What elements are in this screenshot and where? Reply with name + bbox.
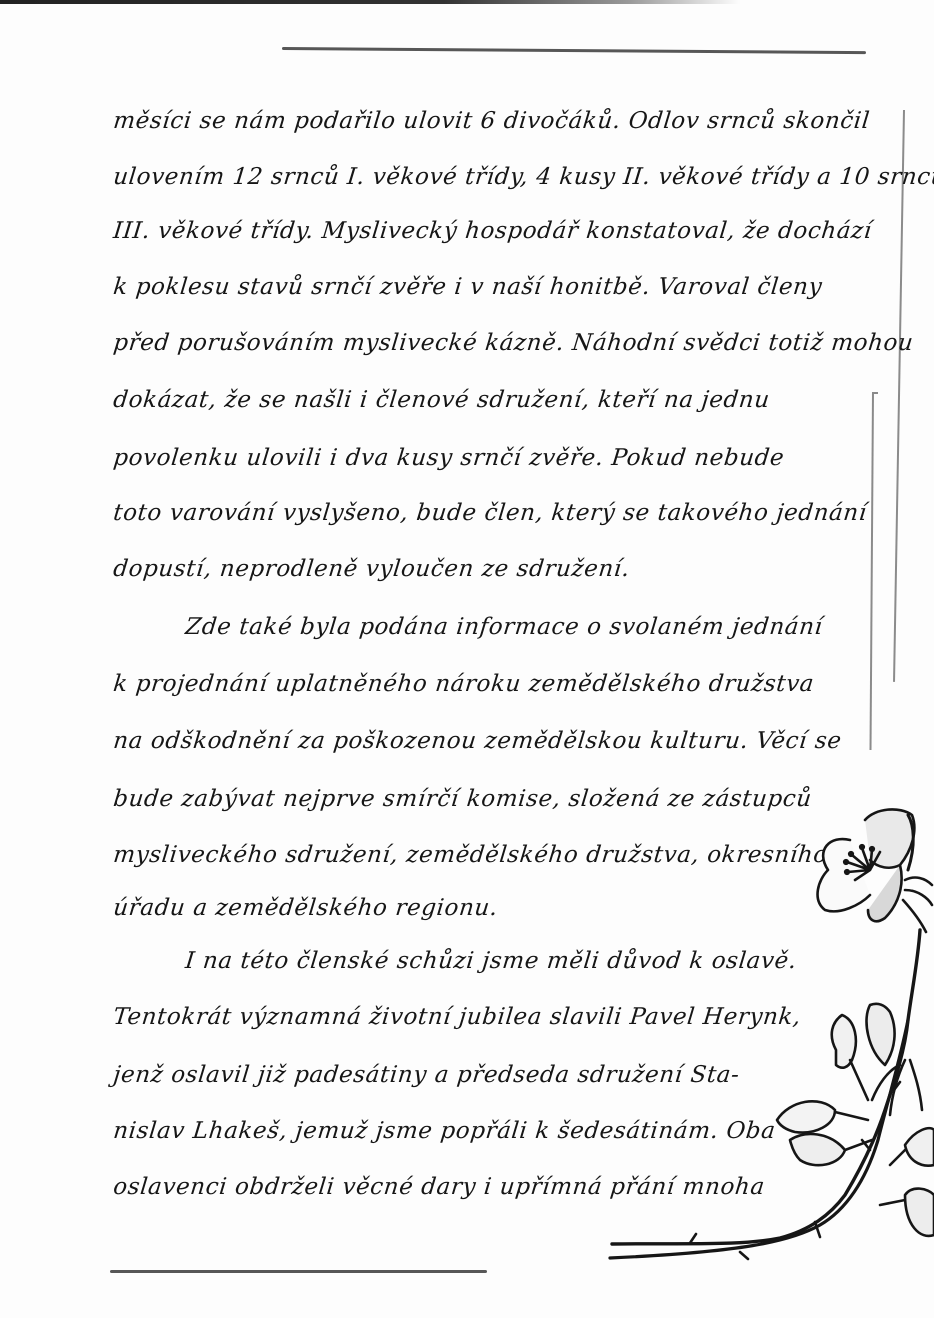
text-line: toto varování vyslyšeno, bude člen, kter…: [112, 500, 868, 526]
paragraph-start-line: Zde také byla podána informace o svolané…: [184, 614, 824, 640]
flower-branch-icon: [600, 795, 934, 1265]
text-line: na odškodnění za poškozenou zemědělskou …: [112, 728, 843, 754]
document-page: měsíci se nám podařilo ulovit 6 divočáků…: [0, 0, 934, 1318]
bottom-rule-line: [110, 1270, 487, 1273]
top-rule-line: [282, 47, 866, 54]
right-margin-line-inner: [870, 392, 874, 750]
text-line: ulovením 12 srnců I. věkové třídy, 4 kus…: [112, 164, 934, 190]
text-line: k projednání uplatněného nároku zeměděls…: [112, 671, 815, 697]
text-line: III. věkové třídy. Myslivecký hospodář k…: [112, 218, 873, 244]
text-line: před porušováním myslivecké kázně. Náhod…: [112, 330, 915, 356]
text-line: povolenku ulovili i dva kusy srnčí zvěře…: [112, 445, 786, 471]
text-line: měsíci se nám podařilo ulovit 6 divočáků…: [112, 108, 871, 134]
right-margin-line-outer: [893, 110, 905, 682]
scan-top-edge: [0, 0, 740, 4]
text-line: k poklesu stavů srnčí zvěře i v naší hon…: [112, 274, 824, 300]
text-line: dopustí, neprodleně vyloučen ze sdružení…: [112, 556, 631, 582]
text-line: úřadu a zemědělského regionu.: [112, 895, 499, 921]
text-line: dokázat, že se našli i členové sdružení,…: [112, 387, 771, 413]
